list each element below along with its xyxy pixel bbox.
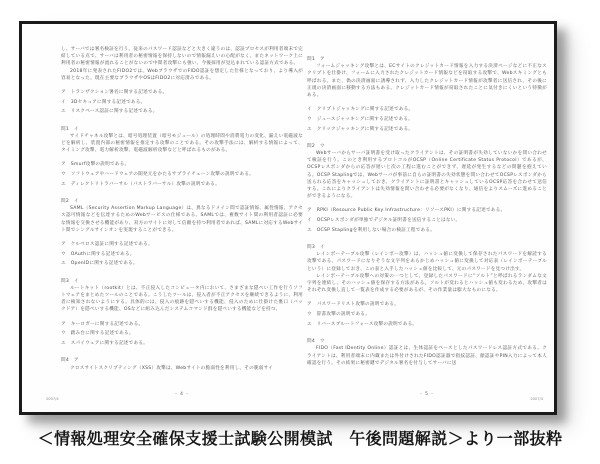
text-block-opt: エ クリックジャッキングに関する記述である。 (307, 126, 547, 133)
text-block-opt: エ OCSP Staplingを利用しない場合の検証工程である。 (307, 227, 547, 234)
text-block-para: サイドチャネル攻撃とは、暗号処理装置（暗号モジュール）の処理時間や消費電力の変化… (61, 133, 303, 155)
text-block-opt: ウ 踏み台に関する記述である。 (61, 330, 303, 337)
text-block-opt: ウ ジュースジャッキングに関する記述である。 (307, 116, 547, 123)
text-block-label: 問1 イ (61, 126, 303, 133)
text-block-opt: エ リバースブルートフォース攻撃の説明である。 (307, 321, 547, 328)
text-block-opt: ア キーロガーに関する記述である。 (61, 321, 303, 328)
text-block-para: FIDO（Fast IDentity Online）認証とは、生体認証をベースと… (307, 345, 547, 367)
text-block-para: フォームジャッキング攻撃とは、ECサイトのクレジットカード情報を入力する決済ペー… (307, 63, 547, 99)
text-block-cont: し、サーバでは署名検証を行う。従来のパスワード認証などと大きく違うのは、認証プロ… (61, 46, 303, 68)
scanned-document-spread: し、サーバでは署名検証を行う。従来のパスワード認証などと大きく違うのは、認証プロ… (19, 21, 557, 415)
text-block-label: 問4 ア (61, 357, 303, 364)
text-block-opt: エ ディレクトリトラバーサル（パストラバーサル）攻撃の説明である。 (61, 181, 303, 188)
text-block-label: 問3 イ (307, 244, 547, 251)
text-block-opt: ウ OAuthに関する記述である。 (61, 251, 303, 258)
text-block-para: レインボーテーブル攻撃への対策の一つとして、登録したパスワードに“ソルト”と呼ば… (307, 273, 547, 295)
page-left-text: し、サーバでは署名検証を行う。従来のパスワード認証などと大きく違うのは、認証プロ… (61, 46, 303, 372)
doc-code-left: 2007/4 (46, 397, 59, 401)
text-block-label: 問4 ウ (307, 338, 547, 345)
text-block-opt: ウ ソフトウェアやハードウェアの開発元をかたるサプライチェーン攻撃の説明である。 (61, 171, 303, 178)
page-right: 問1 アフォームジャッキング攻撃とは、ECサイトのクレジットカード情報を入力する… (307, 24, 547, 412)
text-block-label: 問3 イ (61, 278, 303, 285)
page-number-left: - 4 - (61, 392, 303, 397)
text-block-opt: ア ケルベロス認証に関する記述である。 (61, 241, 303, 248)
doc-code-right: 2007/4 (530, 397, 543, 401)
text-block-opt: イ OCSPレスポンダが単独でデジタル証明書を送信することはない。 (307, 217, 547, 224)
page-number-right: - 5 - (307, 392, 547, 397)
text-block-para: ルートキット（rootkit）とは、不正侵入したコンピュータ内において、さまざま… (61, 285, 303, 314)
text-block-opt: ア Smurf攻撃の説明である。 (61, 161, 303, 168)
text-block-para: クロスサイトスクリプティング（XSS）攻撃は、Webサイトの脆弱性を利用し、その… (61, 365, 303, 372)
text-block-label: 問1 ア (307, 56, 547, 63)
text-block-para: レインボーテーブル攻撃（レインボー攻撃）は、ハッシュ値に変換して保存されたパスワ… (307, 251, 547, 273)
page-right-text: 問1 アフォームジャッキング攻撃とは、ECサイトのクレジットカード情報を入力する… (307, 46, 547, 367)
text-block-opt: エ スパイウェアに関する記述である。 (61, 340, 303, 347)
text-block-label: 問2 イ (61, 198, 303, 205)
text-block-opt: エ リスクベース認証に関する記述である。 (61, 108, 303, 115)
text-block-label: 問2 ウ (307, 143, 547, 150)
text-block-para: 2018年に発表されたFIDO2では、WebブラウザでのFIDO認証を想定した仕… (61, 68, 303, 82)
text-block-opt: ア パスワードリスト攻撃の説明である。 (307, 301, 547, 308)
page-left: し、サーバでは署名検証を行う。従来のパスワード認証などと大きく違うのは、認証プロ… (61, 24, 303, 412)
text-block-opt: イ クリプトジャッキングに関する記述である。 (307, 106, 547, 113)
text-block-opt: エ OpenIDに関する記述である。 (61, 260, 303, 267)
text-block-opt: ア RPKI（Resource Public Key Infrastructur… (307, 207, 547, 214)
text-block-para: Webサーバからサーバ証明書を受け取ったクライアントは、その証明書が失効していな… (307, 150, 547, 200)
text-block-opt: ウ 辞書攻撃の説明である。 (307, 311, 547, 318)
text-block-para: SAML（Security Assertion Markup Language）… (61, 205, 303, 234)
caption: ＜情報処理安全確保支援士試験公開模試 午後問題解説＞より一部抜粋 (0, 426, 600, 449)
text-block-opt: ア トランザクション署名に関する記述である。 (61, 89, 303, 96)
text-block-opt: イ 3Dセキュアに関する記述である。 (61, 99, 303, 106)
